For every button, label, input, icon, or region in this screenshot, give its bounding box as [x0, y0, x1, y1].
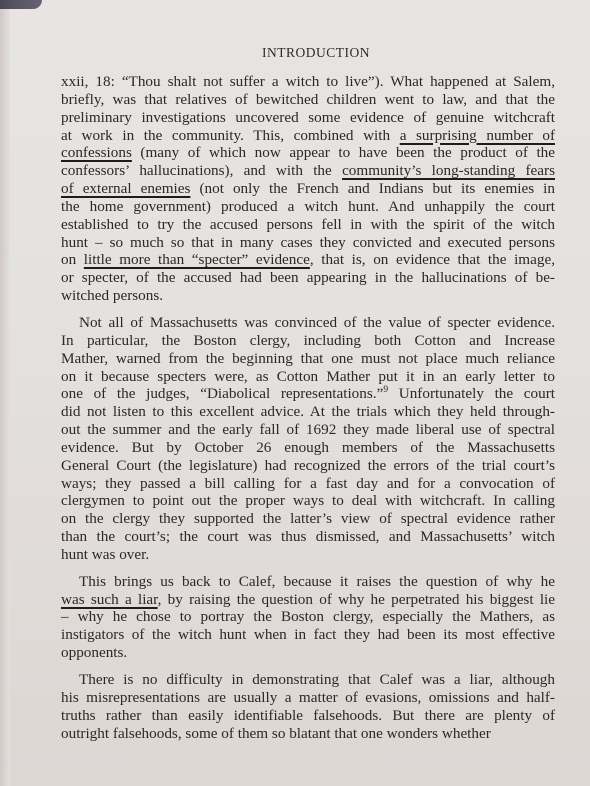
- text-line: This brings us back to Calef, because it…: [61, 573, 555, 591]
- body-text: xxii, 18: “Thou shalt not suffer a witch…: [61, 73, 555, 742]
- paragraph-gap: [61, 564, 555, 573]
- text-run: at work in the community. This, combined…: [61, 127, 400, 144]
- text-run: than the court’s; the court was thus dis…: [61, 528, 555, 545]
- text-line: truths rather than easily identifiable f…: [61, 707, 555, 725]
- text-run: opponents.: [61, 644, 127, 661]
- paragraph: There is no difficulty in demonstrating …: [61, 671, 555, 742]
- text-run: Mather, warned from the beginning that o…: [61, 350, 555, 367]
- text-run: General Court (the legislature) had reco…: [61, 457, 555, 474]
- paragraph-gap: [61, 662, 555, 671]
- text-run: ways; they passed a bill calling for a f…: [61, 475, 555, 492]
- text-run: xxii, 18: “Thou shalt not suffer a witch…: [61, 73, 555, 90]
- running-head: INTRODUCTION: [61, 45, 555, 61]
- text-run: outright falsehoods, some of them so bla…: [61, 725, 491, 742]
- text-line: xxii, 18: “Thou shalt not suffer a witch…: [61, 73, 555, 91]
- text-line: one of the judges, “Diabolical represent…: [61, 385, 555, 403]
- text-line: on it because specters were, as Cotton M…: [61, 368, 555, 386]
- underlined-phrase: was such a liar: [61, 591, 158, 608]
- text-run: clergymen to point out the proper ways t…: [61, 492, 555, 509]
- text-line: than the court’s; the court was thus dis…: [61, 528, 555, 546]
- text-line: briefly, was that relatives of bewitched…: [61, 91, 555, 109]
- text-run: one of the judges, “Diabolical represent…: [61, 385, 383, 402]
- text-line: did not listen to this excellent advice.…: [61, 403, 555, 421]
- text-run: hunt was over.: [61, 546, 149, 563]
- text-line: ways; they passed a bill calling for a f…: [61, 475, 555, 493]
- text-run: established to try the accused persons f…: [61, 216, 555, 233]
- paragraph: xxii, 18: “Thou shalt not suffer a witch…: [61, 73, 555, 305]
- text-line: or specter, of the accused had been appe…: [61, 269, 555, 287]
- text-run: the home government) produced a witch hu…: [61, 198, 555, 215]
- text-line: evidence. But by October 26 enough membe…: [61, 439, 555, 457]
- text-line: Mather, warned from the beginning that o…: [61, 350, 555, 368]
- text-line: Not all of Massachusetts was convinced o…: [61, 314, 555, 332]
- text-line: hunt was over.: [61, 546, 555, 564]
- underlined-phrase: little more than “specter” evidence: [84, 251, 310, 268]
- text-run: hunt – so much so that in many cases the…: [61, 234, 555, 251]
- text-run: Unfortunately the court: [388, 385, 555, 402]
- underlined-phrase: of external enemies: [61, 180, 190, 197]
- paragraph: This brings us back to Calef, because it…: [61, 573, 555, 662]
- text-line: of external enemies (not only the French…: [61, 180, 555, 198]
- text-run: evidence. But by October 26 enough membe…: [61, 439, 555, 456]
- text-run: There is no difficulty in demonstrating …: [79, 671, 555, 688]
- text-run: , that is, on evidence that the image,: [310, 251, 555, 268]
- paragraph: Not all of Massachusetts was convinced o…: [61, 314, 555, 564]
- text-run: , by raising the question of why he perp…: [158, 591, 555, 608]
- text-run: on: [61, 251, 84, 268]
- text-line: clergymen to point out the proper ways t…: [61, 492, 555, 510]
- text-run: confessors’ hallucinations), and with th…: [61, 162, 342, 179]
- text-run: witched persons.: [61, 287, 163, 304]
- text-run: Not all of Massachusetts was convinced o…: [79, 314, 555, 331]
- underlined-phrase: community’s long-standing fears: [342, 162, 555, 179]
- text-run: (not only the French and Indians but its…: [190, 180, 555, 197]
- text-line: In particular, the Boston clergy, includ…: [61, 332, 555, 350]
- text-line: the home government) produced a witch hu…: [61, 198, 555, 216]
- text-line: General Court (the legislature) had reco…: [61, 457, 555, 475]
- text-line: – why he chose to portray the Boston cle…: [61, 608, 555, 626]
- text-run: out the summer and the early fall of 169…: [61, 421, 555, 438]
- text-run: (many of which now appear to have been t…: [132, 144, 555, 161]
- text-run: on the clergy they supported the latter’…: [61, 510, 555, 527]
- text-line: There is no difficulty in demonstrating …: [61, 671, 555, 689]
- text-line: witched persons.: [61, 287, 555, 305]
- text-line: established to try the accused persons f…: [61, 216, 555, 234]
- text-run: his misrepresentations are usually a mat…: [61, 689, 555, 706]
- text-line: confessors’ hallucinations), and with th…: [61, 162, 555, 180]
- paragraph-gap: [61, 305, 555, 314]
- underlined-phrase: a surprising number of: [400, 127, 555, 144]
- text-line: at work in the community. This, combined…: [61, 127, 555, 145]
- book-edge-shadow: [0, 0, 42, 9]
- text-run: preliminary investigations uncovered som…: [61, 109, 555, 126]
- text-line: out the summer and the early fall of 169…: [61, 421, 555, 439]
- text-run: – why he chose to portray the Boston cle…: [61, 608, 555, 625]
- text-line: on the clergy they supported the latter’…: [61, 510, 555, 528]
- book-gutter: [0, 0, 10, 786]
- text-line: on little more than “specter” evidence, …: [61, 251, 555, 269]
- text-line: confessions (many of which now appear to…: [61, 144, 555, 162]
- text-run: briefly, was that relatives of bewitched…: [61, 91, 555, 108]
- text-line: instigators of the witch hunt when in fa…: [61, 626, 555, 644]
- text-run: instigators of the witch hunt when in fa…: [61, 626, 555, 643]
- text-line: was such a liar, by raising the question…: [61, 591, 555, 609]
- text-line: outright falsehoods, some of them so bla…: [61, 725, 555, 743]
- text-run: or specter, of the accused had been appe…: [61, 269, 555, 286]
- book-page: INTRODUCTION xxii, 18: “Thou shalt not s…: [61, 45, 555, 742]
- text-line: his misrepresentations are usually a mat…: [61, 689, 555, 707]
- text-run: In particular, the Boston clergy, includ…: [61, 332, 555, 349]
- text-run: did not listen to this excellent advice.…: [61, 403, 555, 420]
- underlined-phrase: confessions: [61, 144, 132, 161]
- text-line: opponents.: [61, 644, 555, 662]
- text-run: This brings us back to Calef, because it…: [79, 573, 555, 590]
- text-line: preliminary investigations uncovered som…: [61, 109, 555, 127]
- text-run: on it because specters were, as Cotton M…: [61, 368, 555, 385]
- text-run: truths rather than easily identifiable f…: [61, 707, 555, 724]
- text-line: hunt – so much so that in many cases the…: [61, 234, 555, 252]
